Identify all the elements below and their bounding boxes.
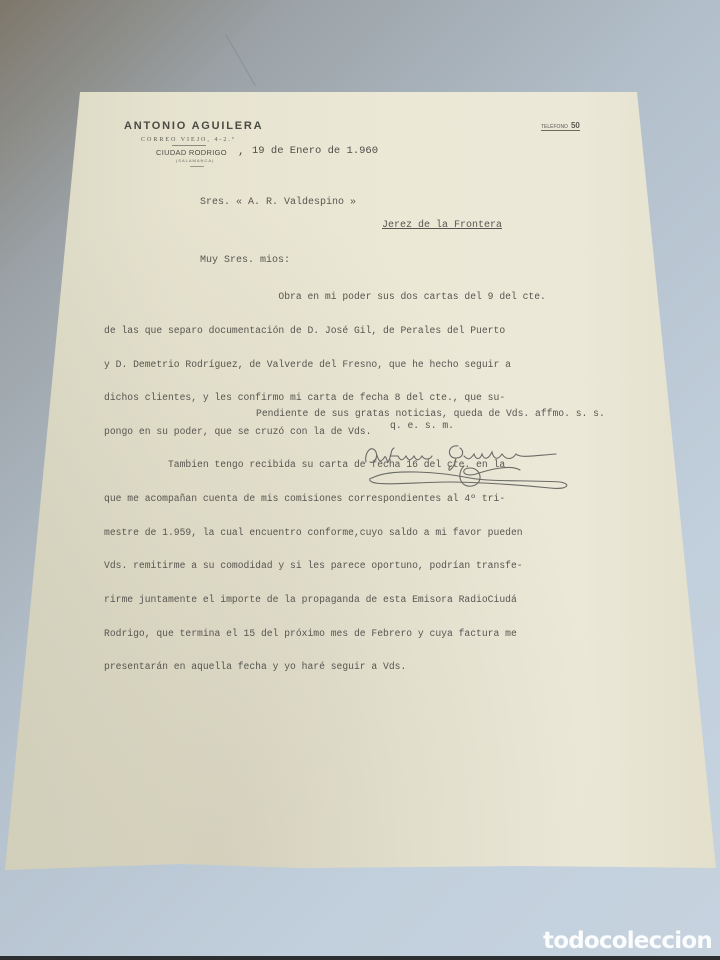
body-line: Vds. remitirme a su comodidad y si les p… bbox=[104, 560, 546, 571]
body-line: de las que separo documentación de D. Jo… bbox=[104, 325, 546, 336]
letterhead-divider bbox=[172, 145, 206, 146]
salutation: Muy Sres. mios: bbox=[200, 255, 290, 266]
body-line: rirme juntamente el importe de la propag… bbox=[104, 594, 546, 605]
body-line: Obra en mi poder sus dos cartas del 9 de… bbox=[104, 291, 546, 302]
background-shadow bbox=[225, 34, 256, 86]
phone-number: 50 bbox=[571, 121, 580, 130]
watermark-logo: todocoleccion bbox=[543, 928, 712, 954]
handwritten-signature bbox=[360, 438, 580, 498]
body-line: mestre de 1.959, la cual encuentro confo… bbox=[104, 527, 546, 538]
phone-label: TELÉFONO bbox=[541, 124, 568, 130]
body-line: Rodrigo, que termina el 15 del próximo m… bbox=[104, 628, 546, 639]
letterhead-city: CIUDAD RODRIGO bbox=[156, 148, 227, 157]
closing-abbreviation: q. e. s. m. bbox=[390, 420, 454, 431]
letter-date: 19 de Enero de 1.960 bbox=[252, 146, 378, 157]
body-line: dichos clientes, y les confirmo mi carta… bbox=[104, 392, 546, 403]
closing: Pendiente de sus gratas noticias, queda … bbox=[256, 408, 605, 419]
letterhead-street: CORREO VIEJO, 4-2.º bbox=[141, 137, 236, 143]
body-line: y D. Demetrio Rodríguez, de Valverde del… bbox=[104, 359, 546, 370]
letterhead-phone: TELÉFONO50 bbox=[541, 121, 580, 131]
recipient: Sres. « A. R. Valdespino » bbox=[200, 197, 356, 208]
letterhead-divider-small bbox=[190, 166, 204, 167]
letterhead-province: (SALAMANCA) bbox=[176, 158, 214, 163]
date-separator: , bbox=[238, 146, 245, 158]
letterhead-name: ANTONIO AGUILERA bbox=[124, 120, 263, 132]
bottom-edge bbox=[0, 956, 720, 960]
recipient-city: Jerez de la Frontera bbox=[382, 220, 502, 231]
body-line: pongo en su poder, que se cruzó con la d… bbox=[104, 426, 546, 437]
body-line: presentarán en aquella fecha y yo haré s… bbox=[104, 661, 546, 672]
